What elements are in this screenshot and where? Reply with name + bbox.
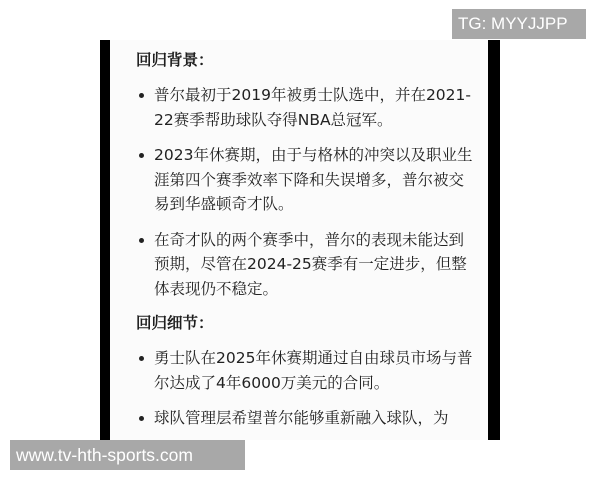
background-bullet-list: 普尔最初于2019年被勇士队选中，并在2021-22赛季帮助球队夺得NBA总冠军… xyxy=(136,83,476,301)
list-item: 2023年休赛期，由于与格林的冲突以及职业生涯第四个赛季效率下降和失误增多，普尔… xyxy=(136,143,476,217)
details-bullet-list: 勇士队在2025年休赛期通过自由球员市场与普尔达成了4年6000万美元的合同。 … xyxy=(136,346,476,431)
list-item-text: 2023年休赛期，由于与格林的冲突以及职业生涯第四个赛季效率下降和失误增多，普尔… xyxy=(154,146,472,213)
list-item: 勇士队在2025年休赛期通过自由球员市场与普尔达成了4年6000万美元的合同。 xyxy=(136,346,476,395)
list-item: 在奇才队的两个赛季中，普尔的表现未能达到预期，尽管在2024-25赛季有一定进步… xyxy=(136,228,476,302)
section-title-background: 回归背景： xyxy=(136,49,476,71)
bullet-icon xyxy=(139,356,144,361)
phone-frame: 回归背景： 普尔最初于2019年被勇士队选中，并在2021-22赛季帮助球队夺得… xyxy=(100,40,500,440)
bullet-icon xyxy=(139,238,144,243)
list-item-text: 普尔最初于2019年被勇士队选中，并在2021-22赛季帮助球队夺得NBA总冠军… xyxy=(154,86,471,129)
list-item-text: 勇士队在2025年休赛期通过自由球员市场与普尔达成了4年6000万美元的合同。 xyxy=(154,349,472,392)
section-title-details: 回归细节： xyxy=(136,312,476,334)
list-item: 球队管理层希望普尔能够重新融入球队，为 xyxy=(136,406,476,431)
bullet-icon xyxy=(139,416,144,421)
screen-content: 回归背景： 普尔最初于2019年被勇士队选中，并在2021-22赛季帮助球队夺得… xyxy=(110,40,488,440)
watermark-website: www.tv-hth-sports.com xyxy=(10,440,245,470)
list-item-text: 在奇才队的两个赛季中，普尔的表现未能达到预期，尽管在2024-25赛季有一定进步… xyxy=(154,231,467,298)
list-item-text: 球队管理层希望普尔能够重新融入球队，为 xyxy=(154,409,449,427)
list-item: 普尔最初于2019年被勇士队选中，并在2021-22赛季帮助球队夺得NBA总冠军… xyxy=(136,83,476,132)
bullet-icon xyxy=(139,153,144,158)
article-content: 回归背景： 普尔最初于2019年被勇士队选中，并在2021-22赛季帮助球队夺得… xyxy=(136,49,476,440)
bullet-icon xyxy=(139,93,144,98)
watermark-telegram: TG: MYYJJPP xyxy=(452,9,586,39)
